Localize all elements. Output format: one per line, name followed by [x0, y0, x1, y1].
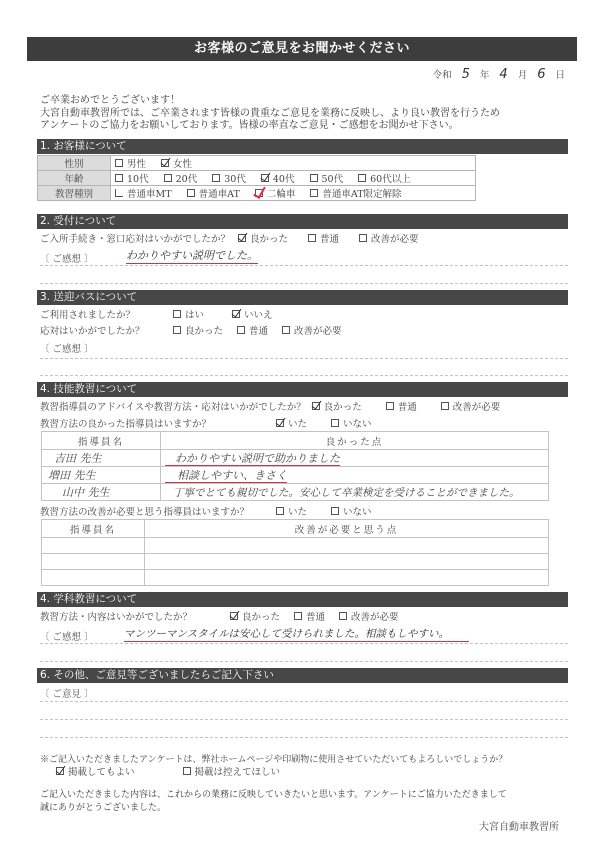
option-label: 普通車AT [199, 186, 240, 200]
improvement-point[interactable] [145, 538, 549, 554]
section-4-header: 4. 技能教習について [37, 382, 568, 397]
organization-name: 大宮自動車教習所 [479, 818, 559, 833]
option-label: いない [343, 504, 372, 518]
option-standard-mt[interactable]: 普通車MT [115, 186, 172, 200]
option-label: 改善が必要 [351, 609, 399, 623]
age-row: 年齢 10代 20代 30代 40代 50代 60代以上 [38, 171, 476, 186]
age-label: 年齢 [38, 171, 111, 186]
instructor-name[interactable]: 山中 先生 [42, 484, 161, 501]
option-label: 普通 [249, 323, 268, 337]
checkbox-icon[interactable] [386, 402, 394, 410]
checkbox-icon[interactable] [310, 174, 318, 182]
consent-question: ※ご記入いただきましたアンケートは、弊社ホームページや印刷物に使用させていただい… [40, 751, 507, 765]
bus-service-row: 応対はいかがでしたか？ 良かった 普通 改善が必要 [40, 323, 356, 337]
form-title: お客様のご意見をお聞かせください [27, 37, 577, 61]
checkbox-icon[interactable] [187, 189, 195, 197]
closing-text: ご記入いただきました内容は、これからの業務に反映していきたいと思います。アンケー… [40, 789, 507, 815]
option-label: 普通 [398, 399, 417, 413]
checkbox-icon[interactable] [173, 310, 181, 318]
option-average[interactable]: 普通 [308, 231, 339, 245]
option-40s[interactable]: 40代 [261, 171, 295, 185]
gender-label: 性別 [38, 156, 111, 171]
option-average[interactable]: 普通 [237, 323, 268, 337]
option-label: 60代以上 [370, 171, 411, 185]
option-30s[interactable]: 30代 [212, 171, 246, 185]
reception-comment[interactable]: わかりやすい説明でした。 [126, 247, 258, 264]
instructor-name[interactable] [42, 538, 145, 554]
divider [40, 358, 568, 359]
option-male[interactable]: 男性 [115, 156, 146, 170]
good-point[interactable]: 丁寧でとても親切でした。安心して卒業検定を受けることができました。 [161, 484, 549, 501]
option-label: いいえ [244, 307, 273, 321]
course-type-label: 教習種別 [38, 186, 111, 201]
table-row [42, 570, 549, 586]
option-label: 良かった [250, 231, 288, 245]
checkbox-checked-icon[interactable] [261, 174, 269, 182]
checkbox-icon[interactable] [331, 419, 339, 427]
option-good[interactable]: 良かった [312, 399, 362, 413]
option-motorcycle[interactable]: 二輪車 [255, 186, 296, 200]
option-female[interactable]: 女性 [161, 156, 192, 170]
option-50s[interactable]: 50代 [310, 171, 344, 185]
option-allow-publish[interactable]: 掲載してもよい [56, 764, 135, 778]
option-label: 掲載は控えてほしい [195, 764, 281, 778]
option-good[interactable]: 良かった [238, 231, 288, 245]
option-average[interactable]: 普通 [386, 399, 417, 413]
option-label: 10代 [127, 171, 149, 185]
improve-instructor-question: 教習方法の改善が必要と思う指導員はいますか？ [40, 504, 276, 518]
table-row: 山中 先生 丁寧でとても親切でした。安心して卒業検定を受けることができました。 [42, 484, 549, 501]
option-label: 50代 [322, 171, 344, 185]
checkbox-icon[interactable] [441, 402, 449, 410]
option-label: 女性 [173, 156, 192, 170]
column-header-improvement-points: 改善が必要と思う点 [145, 520, 549, 538]
bus-usage-question: ご利用されましたか？ [40, 307, 173, 321]
consent-options: 掲載してもよい 掲載は控えてほしい [56, 764, 294, 778]
checkbox-icon[interactable] [164, 174, 172, 182]
good-instructor-table: 指導員名 良かった点 吉田 先生 わかりやすい説明で助かりました 増田 先生 相… [41, 431, 549, 501]
table-row: 吉田 先生 わかりやすい説明で助かりました [42, 450, 549, 467]
table-header: 指導員名 良かった点 [42, 432, 549, 450]
checkbox-icon[interactable] [237, 326, 245, 334]
section-1-header: 1. お客様について [37, 139, 568, 154]
table-row [42, 554, 549, 570]
date-day[interactable]: 6 [527, 67, 555, 82]
option-label: 改善が必要 [371, 231, 419, 245]
instructor-name[interactable] [42, 570, 145, 586]
divider [40, 701, 568, 702]
section-2-header: 2. 受付について [37, 214, 568, 229]
checkbox-icon[interactable] [294, 612, 302, 620]
option-decline-publish[interactable]: 掲載は控えてほしい [183, 764, 281, 778]
course-type-row: 教習種別 普通車MT 普通車AT 二輪車 普通車AT限定解除 [38, 186, 476, 201]
classroom-comment[interactable]: マンツーマンスタイルは安心して受けられました。相談もしやすい。 [124, 626, 469, 642]
good-point[interactable]: わかりやすい説明で助かりました [161, 450, 549, 467]
instructor-name[interactable]: 吉田 先生 [42, 450, 161, 467]
good-point-text: 相談しやすい、きさく [165, 469, 287, 483]
option-label: 20代 [176, 171, 198, 185]
date-field: 令和 5 年 4 月 6 日 [433, 67, 565, 82]
option-label: いた [288, 416, 307, 430]
option-good[interactable]: 良かった [173, 323, 223, 337]
option-label: 改善が必要 [294, 323, 342, 337]
divider [40, 719, 568, 720]
section-3-header: 3. 送迎バスについて [37, 290, 568, 305]
option-label: 40代 [273, 171, 295, 185]
option-label: 掲載してもよい [68, 764, 135, 778]
classroom-question-row: 教習方法・内容はいかがでしたか？ 良かった 普通 改善が必要 [40, 609, 413, 623]
option-label: いた [288, 504, 307, 518]
checkbox-icon[interactable] [115, 174, 123, 182]
checkbox-checked-icon[interactable] [230, 612, 238, 620]
checkbox-icon[interactable] [308, 234, 316, 242]
checkbox-checked-icon[interactable] [276, 419, 284, 427]
age-options: 10代 20代 30代 40代 50代 60代以上 [111, 171, 476, 186]
option-label: 男性 [127, 156, 146, 170]
gender-options: 男性 女性 [111, 156, 476, 171]
option-label: 30代 [224, 171, 246, 185]
good-point-text: わかりやすい説明で助かりました [165, 452, 340, 466]
option-needs-improvement[interactable]: 改善が必要 [339, 609, 399, 623]
option-label: いない [343, 416, 372, 430]
improvement-point[interactable] [145, 570, 549, 586]
checkbox-icon[interactable] [212, 174, 220, 182]
good-point-text: 丁寧でとても親切でした。安心して卒業検定を受けることができました。 [165, 487, 520, 499]
column-header-good-points: 良かった点 [161, 432, 549, 450]
checkbox-checked-icon[interactable] [238, 234, 246, 242]
option-label: 普通 [306, 609, 325, 623]
instructor-name[interactable] [42, 554, 145, 570]
reception-question-row: ご入所手続き・窓口応対はいかがでしたか？ 良かった 普通 改善が必要 [40, 231, 433, 245]
reception-question: ご入所手続き・窓口応対はいかがでしたか？ [40, 231, 230, 245]
option-average[interactable]: 普通 [294, 609, 325, 623]
improvement-point[interactable] [145, 554, 549, 570]
option-no[interactable]: いない [331, 504, 372, 518]
checkbox-icon[interactable] [358, 174, 366, 182]
intro-line-1: ご卒業おめでとうございます！ [40, 95, 500, 108]
option-needs-improvement[interactable]: 改善が必要 [282, 323, 342, 337]
checkbox-checked-icon[interactable] [56, 767, 64, 775]
date-month-unit: 月 [518, 67, 528, 81]
option-needs-improvement[interactable]: 改善が必要 [359, 231, 419, 245]
instructor-advice-question: 教習指導員のアドバイスや教習方法・応対はいかがでしたか？ [40, 399, 306, 413]
checkbox-icon[interactable] [276, 507, 284, 515]
improve-instructor-table: 指導員名 改善が必要と思う点 [41, 519, 549, 586]
intro-line-2: 大宮自動車教習所では、ご卒業されます皆様の貴重なご意見を業務に反映し、より良い教… [40, 108, 500, 121]
section-6-header: 6. その他、ご意見等ございましたらご記入下さい [37, 668, 568, 683]
option-60s-plus[interactable]: 60代以上 [358, 171, 411, 185]
option-yes[interactable]: いた [276, 416, 307, 430]
customer-info-table: 性別 男性 女性 年齢 10代 20代 30代 40代 50代 60代以上 教習… [37, 155, 476, 201]
good-instructor-question: 教習方法の良かった指導員はいますか？ [40, 416, 276, 430]
checkbox-icon[interactable] [115, 189, 123, 197]
option-needs-improvement[interactable]: 改善が必要 [441, 399, 501, 413]
checkbox-icon[interactable] [115, 159, 123, 167]
option-at-limit-removal[interactable]: 普通車AT限定解除 [310, 186, 401, 200]
checkbox-icon[interactable] [359, 234, 367, 242]
option-20s[interactable]: 20代 [164, 171, 198, 185]
checkbox-checked-icon[interactable] [232, 310, 240, 318]
section-5-header: 4. 学科教習について [37, 592, 568, 607]
date-era: 令和 [433, 67, 452, 81]
closing-line-2: 誠にありがとうございました。 [40, 802, 507, 815]
bus-usage-row: ご利用されましたか？ はい いいえ [40, 307, 287, 321]
checkbox-icon[interactable] [339, 612, 347, 620]
opinion-label: 〔 ご意見 〕 [40, 686, 94, 700]
bus-service-question: 応対はいかがでしたか？ [40, 323, 173, 337]
instructor-advice-row: 教習指導員のアドバイスや教習方法・応対はいかがでしたか？ 良かった 普通 改善が… [40, 399, 514, 413]
checkbox-icon[interactable] [173, 326, 181, 334]
divider [40, 375, 568, 376]
checkbox-checked-icon[interactable] [312, 402, 320, 410]
instructor-name[interactable]: 増田 先生 [42, 467, 161, 484]
improve-instructor-row: 教習方法の改善が必要と思う指導員はいますか？ いた いない [40, 504, 386, 518]
divider [40, 661, 568, 662]
date-year[interactable]: 5 [452, 67, 480, 82]
option-label: 普通 [320, 231, 339, 245]
column-header-name: 指導員名 [42, 432, 161, 450]
table-header: 指導員名 改善が必要と思う点 [42, 520, 549, 538]
option-label: 改善が必要 [453, 399, 501, 413]
table-row: 増田 先生 相談しやすい、きさく [42, 467, 549, 484]
date-month[interactable]: 4 [489, 67, 517, 82]
option-label: 良かった [242, 609, 280, 623]
checkbox-icon[interactable] [183, 767, 191, 775]
option-10s[interactable]: 10代 [115, 171, 149, 185]
option-no[interactable]: いいえ [232, 307, 273, 321]
option-yes[interactable]: はい [173, 307, 204, 321]
comment-label: 〔 ご感想 〕 [40, 629, 94, 643]
date-day-unit: 日 [555, 67, 565, 81]
option-standard-at[interactable]: 普通車AT [187, 186, 240, 200]
closing-line-1: ご記入いただきました内容は、これからの業務に反映していきたいと思います。アンケー… [40, 789, 507, 802]
checkbox-icon[interactable] [282, 326, 290, 334]
option-label: 良かった [185, 323, 223, 337]
option-yes[interactable]: いた [276, 504, 307, 518]
divider [40, 283, 568, 284]
option-label: 普通車AT限定解除 [322, 186, 401, 200]
comment-label: 〔 ご感想 〕 [40, 251, 94, 265]
course-type-options: 普通車MT 普通車AT 二輪車 普通車AT限定解除 [111, 186, 476, 201]
checkbox-icon[interactable] [310, 189, 318, 197]
good-instructor-row: 教習方法の良かった指導員はいますか？ いた いない [40, 416, 386, 430]
divider [40, 643, 568, 644]
option-no[interactable]: いない [331, 416, 372, 430]
comment-label: 〔 ご感想 〕 [40, 341, 94, 355]
option-label: 良かった [324, 399, 362, 413]
date-year-unit: 年 [480, 67, 490, 81]
column-header-name: 指導員名 [42, 520, 145, 538]
checkbox-checked-icon[interactable] [161, 159, 169, 167]
table-row [42, 538, 549, 554]
intro-text: ご卒業おめでとうございます！ 大宮自動車教習所では、ご卒業されます皆様の貴重なご… [40, 95, 500, 133]
option-label: はい [185, 307, 204, 321]
option-label: 普通車MT [127, 186, 172, 200]
option-label: 二輪車 [267, 186, 296, 200]
good-point[interactable]: 相談しやすい、きさく [161, 467, 549, 484]
classroom-question: 教習方法・内容はいかがでしたか？ [40, 609, 230, 623]
intro-line-3: アンケートのご協力をお願いしております。皆様の率直なご意見・ご感想をお聞かせ下さ… [40, 120, 500, 133]
option-good[interactable]: 良かった [230, 609, 280, 623]
divider [40, 737, 568, 738]
checkbox-checked-icon[interactable] [255, 189, 263, 197]
divider [40, 265, 568, 266]
gender-row: 性別 男性 女性 [38, 156, 476, 171]
checkbox-icon[interactable] [331, 507, 339, 515]
